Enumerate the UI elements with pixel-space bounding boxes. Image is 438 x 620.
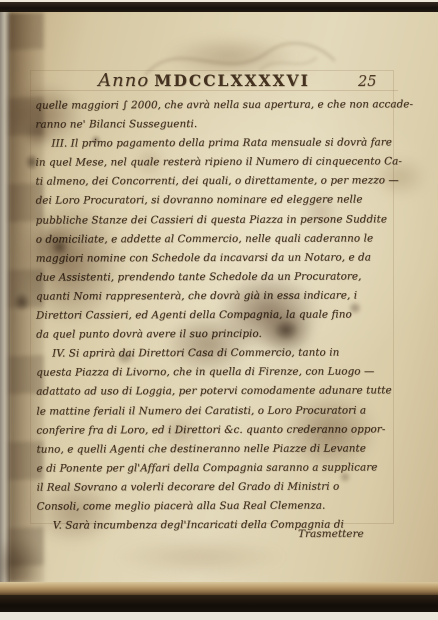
book-board-bottom bbox=[0, 595, 438, 613]
manuscript-page: Anno MDCCLXXXXVI 25 quelle maggiori ∫ 20… bbox=[0, 12, 438, 583]
page-edges-bottom bbox=[0, 582, 438, 596]
foxing-spots bbox=[0, 12, 438, 583]
scan-margin-bottom bbox=[0, 612, 438, 620]
scanned-manuscript: Anno MDCCLXXXXVI 25 quelle maggiori ∫ 20… bbox=[0, 0, 438, 620]
